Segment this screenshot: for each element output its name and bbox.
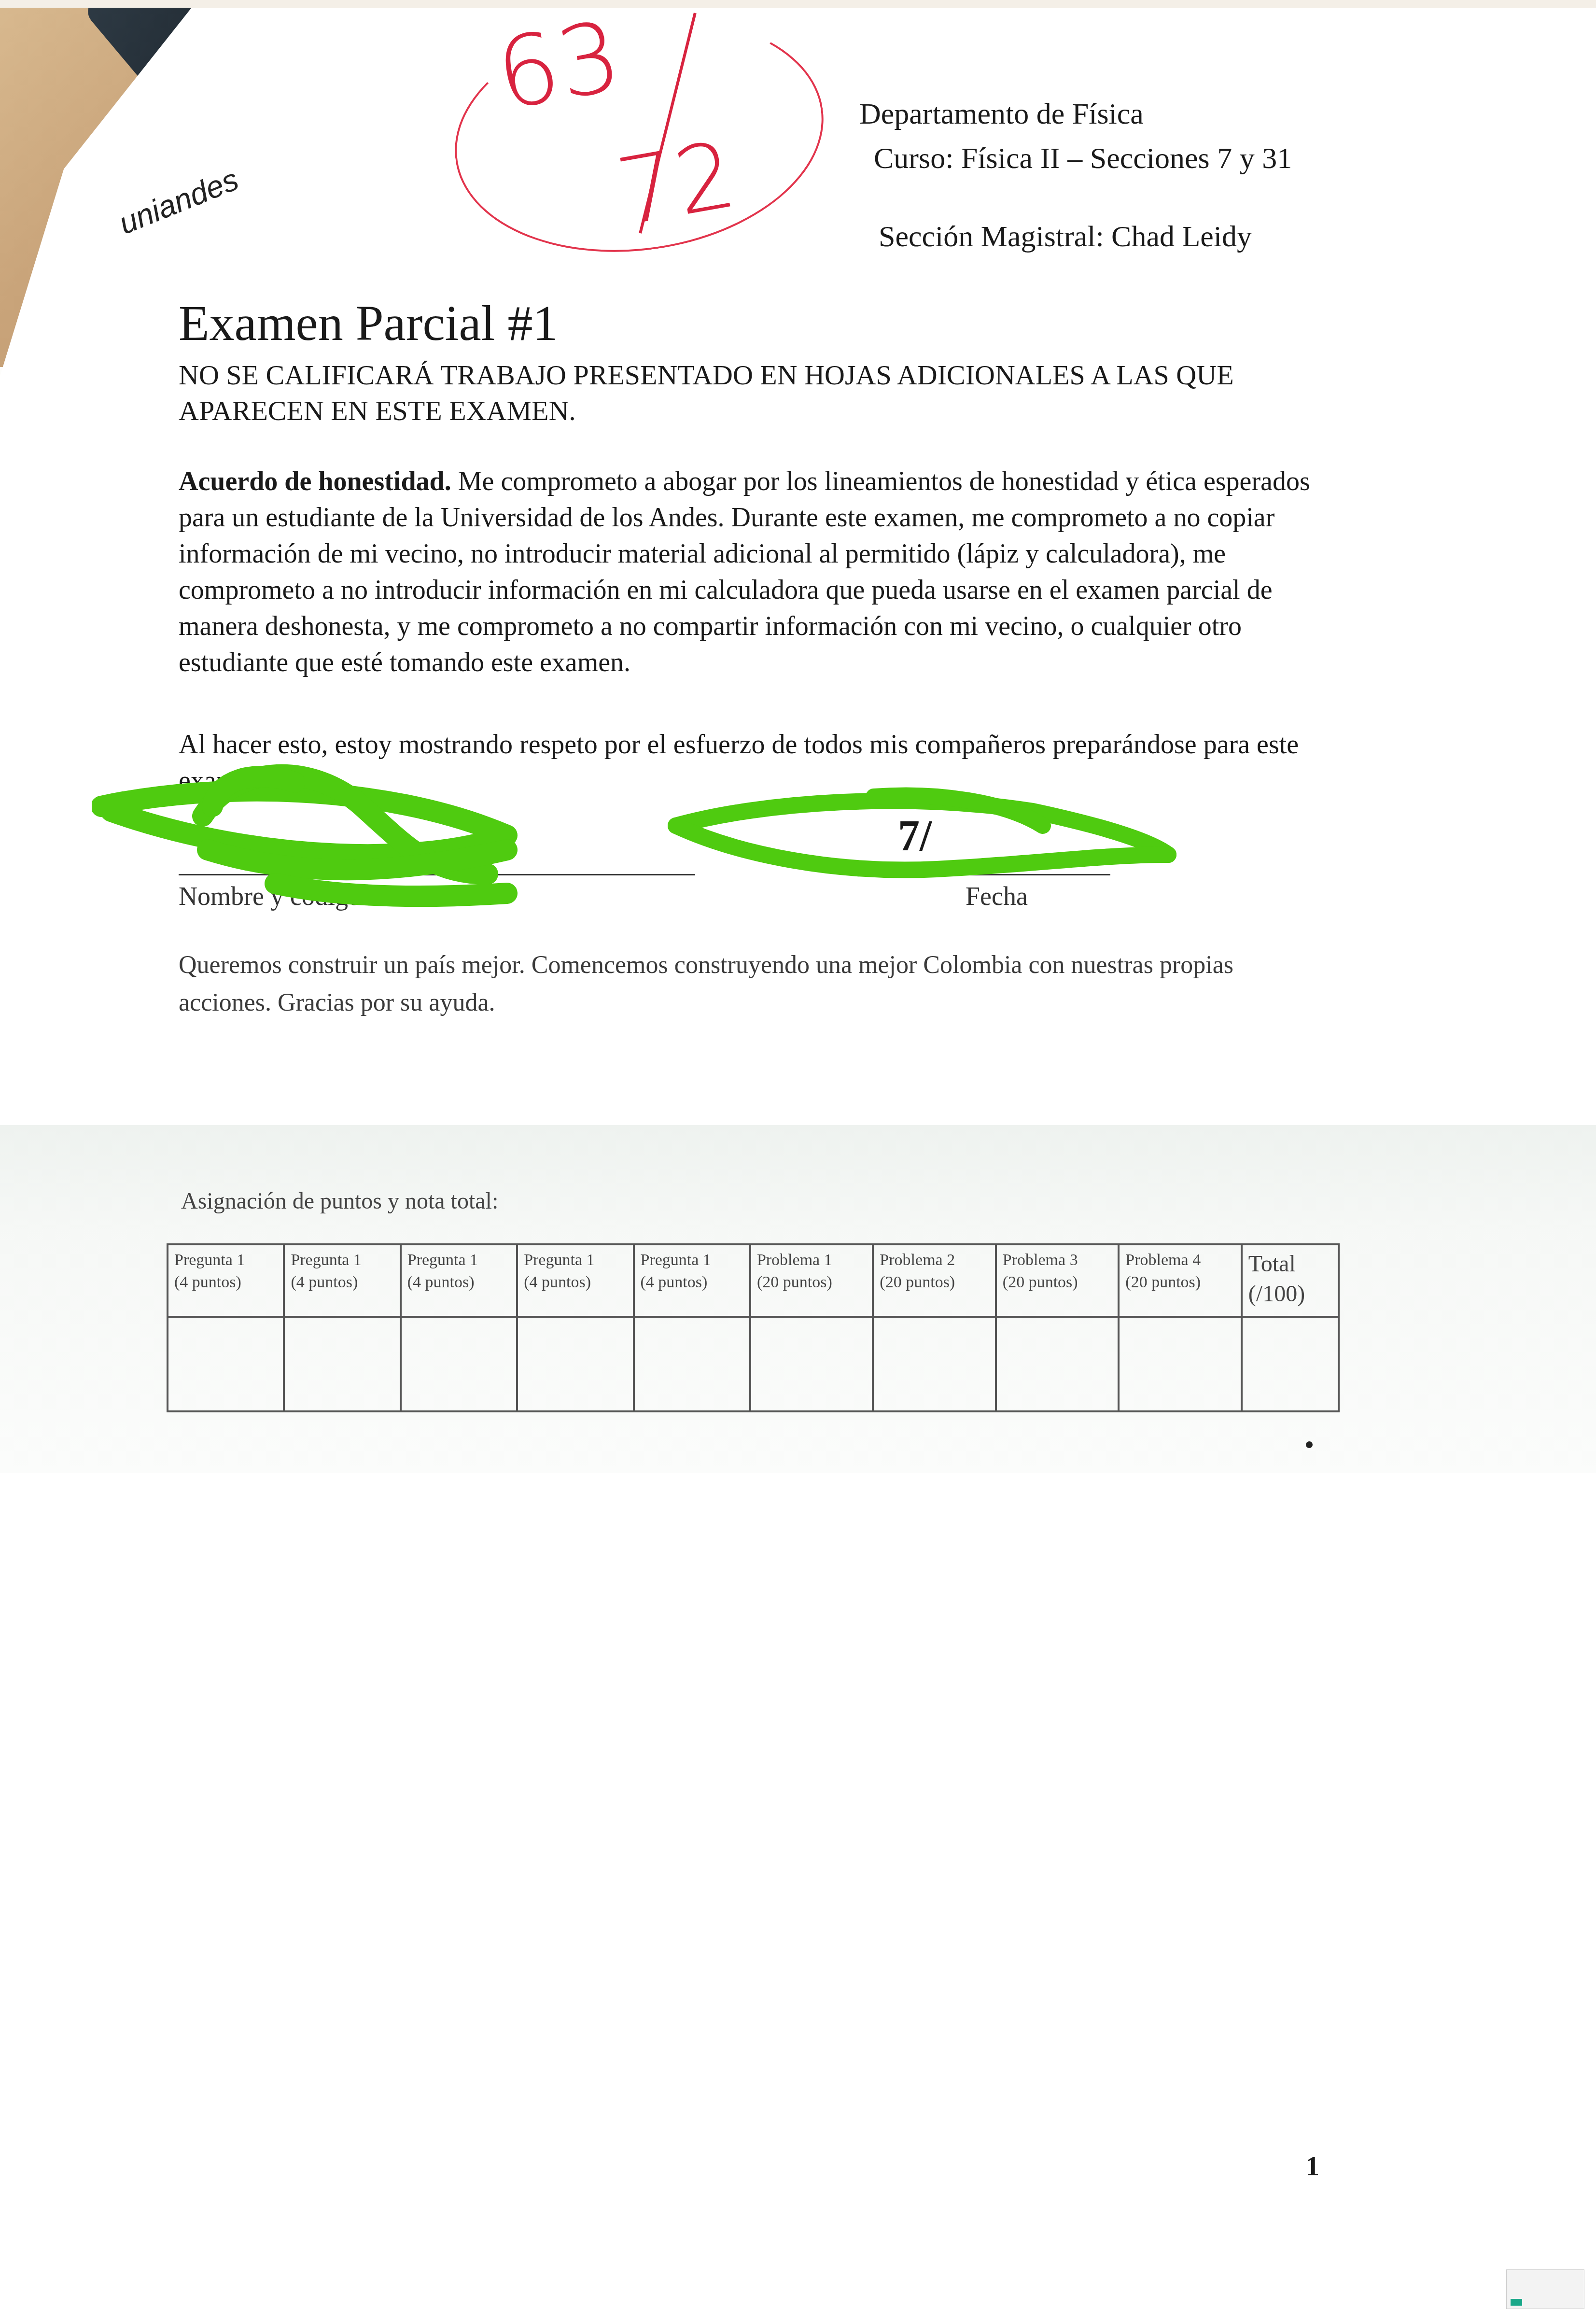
- top-edge: [0, 0, 1596, 8]
- col-problema-4: Problema 4(20 puntos): [1119, 1244, 1241, 1317]
- score-cell: [168, 1317, 284, 1411]
- score-cell: [517, 1317, 633, 1411]
- col-problema-1: Problema 1(20 puntos): [750, 1244, 873, 1317]
- col-pregunta-2: Pregunta 1(4 puntos): [284, 1244, 400, 1317]
- score-cell: [750, 1317, 873, 1411]
- scores-table: Pregunta 1(4 puntos) Pregunta 1(4 puntos…: [167, 1243, 1340, 1412]
- col-pregunta-1: Pregunta 1(4 puntos): [168, 1244, 284, 1317]
- ink-dot: [1306, 1441, 1313, 1448]
- col-pregunta-4: Pregunta 1(4 puntos): [517, 1244, 633, 1317]
- exam-title: Examen Parcial #1: [179, 295, 558, 352]
- honesty-agreement: Acuerdo de honestidad. Me comprometo a a…: [179, 464, 1328, 681]
- score-cell: [401, 1317, 517, 1411]
- course: Curso: Física II – Secciones 7 y 31: [859, 136, 1292, 181]
- date-redaction-scribble: [666, 782, 1178, 879]
- honesty-text: Me comprometo a abogar por los lineamien…: [179, 466, 1310, 677]
- grade-score: 63: [489, 0, 629, 132]
- score-cell: [634, 1317, 750, 1411]
- honesty-label: Acuerdo de honestidad.: [179, 466, 451, 496]
- scores-header-row: Pregunta 1(4 puntos) Pregunta 1(4 puntos…: [168, 1244, 1339, 1317]
- col-problema-3: Problema 3(20 puntos): [996, 1244, 1119, 1317]
- col-total: Total(/100): [1242, 1244, 1339, 1317]
- score-cell: [284, 1317, 400, 1411]
- section: Sección Magistral: Chad Leidy: [859, 214, 1292, 259]
- scanner-watermark-icon: [1506, 2269, 1584, 2309]
- department: Departamento de Física: [859, 92, 1292, 136]
- score-cell: [996, 1317, 1119, 1411]
- col-pregunta-3: Pregunta 1(4 puntos): [401, 1244, 517, 1317]
- warning-text: NO SE CALIFICARÁ TRABAJO PRESENTADO EN H…: [179, 357, 1289, 429]
- exam-header: Departamento de Física Curso: Física II …: [859, 92, 1292, 259]
- scores-title: Asignación de puntos y nota total:: [181, 1188, 498, 1214]
- grade-max: 72: [610, 121, 743, 247]
- col-pregunta-5: Pregunta 1(4 puntos): [634, 1244, 750, 1317]
- date-label: Fecha: [966, 881, 1028, 911]
- col-problema-2: Problema 2(20 puntos): [873, 1244, 995, 1317]
- score-cell: [873, 1317, 995, 1411]
- scores-value-row: [168, 1317, 1339, 1411]
- score-cell-total: [1242, 1317, 1339, 1411]
- closing-text: Queremos construir un país mejor. Comenc…: [179, 946, 1289, 1022]
- page-number: 1: [1306, 2151, 1319, 2182]
- score-cell: [1119, 1317, 1241, 1411]
- name-redaction-scribble: [92, 753, 526, 913]
